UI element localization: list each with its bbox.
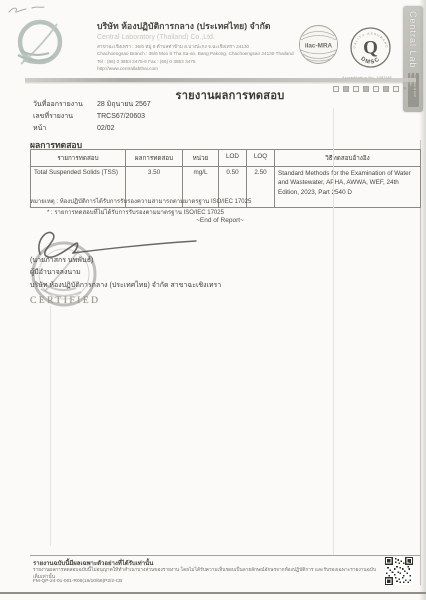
scan-line-right <box>333 108 334 556</box>
report-field-number: เลขที่รายงาน TRCS67/20603 <box>33 111 145 122</box>
branch-address-th: สาขาฉะเชิงเทรา : 36/6 หมู่ 8 ตำบลท่าข้าม… <box>97 43 307 50</box>
field-label: หน้า <box>33 123 95 134</box>
scanned-test-report-page: บริษัท ห้องปฏิบัติการกลาง (ประเทศไทย) จำ… <box>0 0 426 600</box>
chevron-mark: » <box>403 87 406 91</box>
ilac-mra-icon: ilac-MRA <box>298 24 339 65</box>
page-bottom-line <box>0 592 426 594</box>
col-method: วิธีทดสอบอ้างอิง <box>275 150 421 167</box>
company-name-th: บริษัท ห้องปฏิบัติการกลาง (ประเทศไทย) จำ… <box>97 19 307 33</box>
company-address-block: สาขาฉะเชิงเทรา : 36/6 หมู่ 8 ตำบลท่าข้าม… <box>97 43 307 72</box>
footer-doc-code: FM-QP-24-01-001-R06(16/10/66)P2/2-CB <box>33 578 122 585</box>
note-2: * : รายการทดสอบที่ไม่ได้รับการรับรองตามม… <box>47 207 224 217</box>
cell-method: Standard Methods for the Examination of … <box>275 167 421 208</box>
signatory-name: (นายภาสกร นพพันธ์) <box>30 255 93 266</box>
ilac-mra-label: ilac-MRA <box>305 43 333 50</box>
col-parameter: รายการทดสอบ <box>31 150 126 167</box>
scan-line-left <box>50 306 51 546</box>
field-value: TRCS67/20603 <box>97 113 145 120</box>
tel-fax: Tel : (66) 0 3853 3475-9 Fax : (66) 0 38… <box>97 58 307 65</box>
qr-code <box>385 556 413 586</box>
company-name-en: Central Laboratory (Thailand) Co.,Ltd. <box>97 34 307 41</box>
dmsc-q-letter: Q <box>363 38 378 59</box>
footer-divider <box>30 555 420 556</box>
header-divider <box>25 78 416 82</box>
company-header-block: บริษัท ห้องปฏิบัติการกลาง (ประเทศไทย) จำ… <box>97 19 307 72</box>
field-value: 02/02 <box>97 125 115 132</box>
field-label: เลขที่รายงาน <box>33 111 95 122</box>
signatory-role: ผู้มีอำนาจลงนาม <box>30 267 81 278</box>
report-field-page: หน้า 02/02 <box>33 123 114 134</box>
col-result: ผลการทดสอบ <box>126 150 183 167</box>
branch-address-en: Chachoengsao Branch : 36/6 Moo 8 Tha Sa-… <box>97 50 307 57</box>
note-1: หมายเหตุ : ห้องปฏิบัติการได้รับการรับรอง… <box>30 196 251 206</box>
col-loq: LOQ <box>247 150 275 167</box>
col-lod: LOD <box>219 150 247 167</box>
signatory-company: บริษัท ห้องปฏิบัติการกลาง (ประเทศไทย) จำ… <box>30 280 221 291</box>
report-field-date: วันที่ออกรายงาน 28 มิถุนายน 2567 <box>33 99 151 110</box>
q-dmsc-icon: QUALITY ASSURANCE Q DMSC <box>349 26 392 69</box>
certified-label: CERTIFIED <box>30 296 100 306</box>
field-value: 28 มิถุนายน 2567 <box>97 101 151 108</box>
scan-edge-line <box>420 140 421 585</box>
table-header-row: รายการทดสอบ ผลการทดสอบ หน่วย LOD LOQ วิธ… <box>31 150 421 167</box>
central-lab-logo <box>8 13 70 75</box>
website-url: http://www.centrallabthai.com <box>97 65 307 72</box>
col-unit: หน่วย <box>183 150 219 167</box>
side-banner-title: Central Lab <box>408 11 418 69</box>
field-label: วันที่ออกรายงาน <box>33 99 95 110</box>
end-of-report: ~End of Report~ <box>70 217 370 224</box>
